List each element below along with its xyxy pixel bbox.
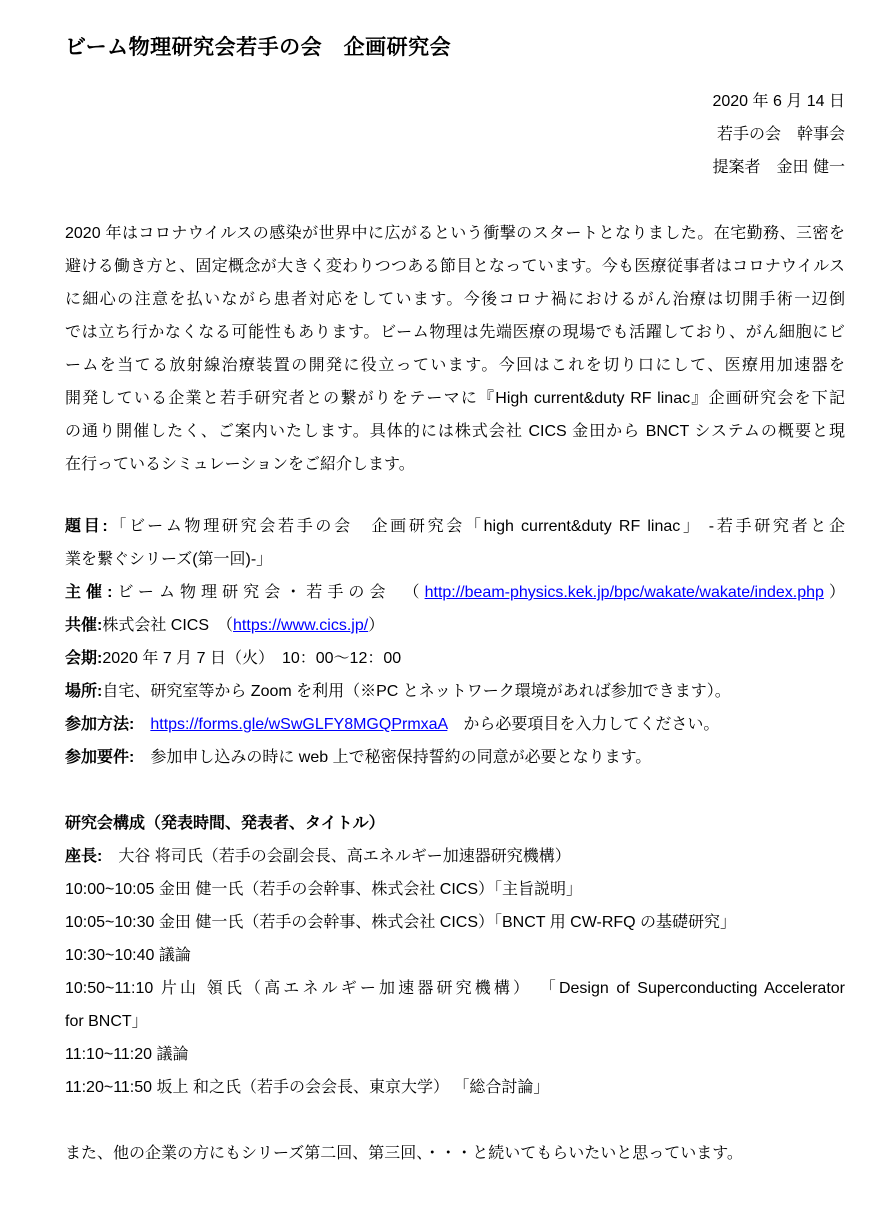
detail-requirement: 参加要件: 参加申し込みの時に web 上で秘密保持誓約の同意が必要となります。 bbox=[65, 741, 845, 774]
intro-line: に細心の注意を払いながら患者対応をしています。今後コロナ禍におけるがん治療は切開… bbox=[65, 283, 845, 316]
intro-line: 避ける働き方と、固定概念が大きく変わりつつある節目となっています。今も医療従事者… bbox=[65, 250, 845, 283]
detail-organizer: 主催:ビーム物理研究会・若手の会 （http://beam-physics.ke… bbox=[65, 576, 845, 609]
organizer-text: ビーム物理研究会・若手の会 （ bbox=[112, 584, 424, 601]
subject-label: 題目: bbox=[65, 518, 108, 535]
organizer-label: 主催: bbox=[65, 584, 112, 601]
intro-line: 2020 年はコロナウイルスの感染が世界中に広がるという衝撃のスタートとなりまし… bbox=[65, 217, 845, 250]
cohost-close-paren: ） bbox=[368, 617, 384, 634]
closing-text: また、他の企業の方にもシリーズ第二回、第三回、・・・と続いてもらいたいと思ってい… bbox=[65, 1137, 845, 1170]
schedule-item: 10:50~11:10 片山 領氏（高エネルギー加速器研究機構） 「Design… bbox=[65, 972, 845, 1005]
subject-text-2: 業を繋ぐシリーズ(第一回)-」 bbox=[65, 551, 272, 568]
requirement-label: 参加要件: bbox=[65, 749, 134, 766]
cohost-label: 共催: bbox=[65, 617, 102, 634]
schedule-section: 研究会構成（発表時間、発表者、タイトル） 座長: 大谷 将司氏（若手の会副会長、… bbox=[65, 807, 845, 1104]
schedule-item: 10:05~10:30 金田 健一氏（若手の会幹事、株式会社 CICS）「BNC… bbox=[65, 906, 845, 939]
requirement-text: 参加申し込みの時に web 上で秘密保持誓約の同意が必要となります。 bbox=[134, 749, 651, 766]
place-text: 自宅、研究室等から Zoom を利用（※PC とネットワーク環境があれば参加でき… bbox=[102, 683, 730, 700]
chair-text: 大谷 将司氏（若手の会副会長、高エネルギー加速器研究機構） bbox=[102, 848, 570, 865]
schedule-heading: 研究会構成（発表時間、発表者、タイトル） bbox=[65, 807, 845, 840]
document-header: 2020 年 6 月 14 日 若手の会 幹事会 提案者 金田 健一 bbox=[65, 85, 845, 184]
intro-line: 開発している企業と若手研究者との繋がりをテーマに『High current&du… bbox=[65, 382, 845, 415]
detail-subject-line1: 題目:「ビーム物理研究会若手の会 企画研究会「high current&duty… bbox=[65, 510, 845, 543]
event-details: 題目:「ビーム物理研究会若手の会 企画研究会「high current&duty… bbox=[65, 510, 845, 774]
howto-gap bbox=[134, 716, 150, 733]
document-date: 2020 年 6 月 14 日 bbox=[65, 85, 845, 118]
session-label: 会期: bbox=[65, 650, 102, 667]
schedule-item: 11:10~11:20 議論 bbox=[65, 1038, 845, 1071]
document-content: ビーム物理研究会若手の会 企画研究会 2020 年 6 月 14 日 若手の会 … bbox=[65, 0, 845, 1170]
intro-paragraph: 2020 年はコロナウイルスの感染が世界中に広がるという衝撃のスタートとなりまし… bbox=[65, 217, 845, 481]
intro-line: の通り開催したく、ご案内いたします。具体的には株式会社 CICS 金田から BN… bbox=[65, 415, 845, 448]
detail-cohost: 共催:株式会社 CICS （https://www.cics.jp/） bbox=[65, 609, 845, 642]
document-page: ビーム物理研究会若手の会 企画研究会 2020 年 6 月 14 日 若手の会 … bbox=[0, 0, 876, 1210]
organizer-link[interactable]: http://beam-physics.kek.jp/bpc/wakate/wa… bbox=[425, 584, 824, 601]
intro-line: ームを当てる放射線治療装置の開発に役立っています。今回はこれを切り口にして、医療… bbox=[65, 349, 845, 382]
organizer-close-paren: ） bbox=[824, 584, 845, 601]
detail-subject-line2: 業を繋ぐシリーズ(第一回)-」 bbox=[65, 543, 845, 576]
chair-label: 座長: bbox=[65, 848, 102, 865]
place-label: 場所: bbox=[65, 683, 102, 700]
detail-howto: 参加方法: https://forms.gle/wSwGLFY8MGQPrmxa… bbox=[65, 708, 845, 741]
intro-line: 在行っているシミュレーションをご紹介します。 bbox=[65, 448, 845, 481]
schedule-item: 10:00~10:05 金田 健一氏（若手の会幹事、株式会社 CICS）「主旨説… bbox=[65, 873, 845, 906]
session-text: 2020 年 7 月 7 日（火） 10：00～12：00 bbox=[102, 650, 401, 667]
closing-paragraph: また、他の企業の方にもシリーズ第二回、第三回、・・・と続いてもらいたいと思ってい… bbox=[65, 1137, 845, 1170]
cohost-text: 株式会社 CICS （ bbox=[102, 617, 233, 634]
schedule-chair: 座長: 大谷 将司氏（若手の会副会長、高エネルギー加速器研究機構） bbox=[65, 840, 845, 873]
intro-line: では立ち行かなくなる可能性もあります。ビーム物理は先端医療の現場でも活躍しており… bbox=[65, 316, 845, 349]
schedule-item: 10:30~10:40 議論 bbox=[65, 939, 845, 972]
document-committee: 若手の会 幹事会 bbox=[65, 118, 845, 151]
schedule-item-continuation: for BNCT」 bbox=[65, 1005, 845, 1038]
subject-text-1: 「ビーム物理研究会若手の会 企画研究会「high current&duty RF… bbox=[108, 518, 845, 535]
howto-label: 参加方法: bbox=[65, 716, 134, 733]
registration-form-link[interactable]: https://forms.gle/wSwGLFY8MGQPrmxaA bbox=[150, 716, 447, 733]
howto-suffix: から必要項目を入力してください。 bbox=[447, 716, 719, 733]
schedule-item: 11:20~11:50 坂上 和之氏（若手の会会長、東京大学） 「総合討論」 bbox=[65, 1071, 845, 1104]
cohost-link[interactable]: https://www.cics.jp/ bbox=[233, 617, 368, 634]
page-title: ビーム物理研究会若手の会 企画研究会 bbox=[65, 0, 845, 62]
detail-place: 場所:自宅、研究室等から Zoom を利用（※PC とネットワーク環境があれば参… bbox=[65, 675, 845, 708]
document-proposer: 提案者 金田 健一 bbox=[65, 151, 845, 184]
detail-session: 会期:2020 年 7 月 7 日（火） 10：00～12：00 bbox=[65, 642, 845, 675]
